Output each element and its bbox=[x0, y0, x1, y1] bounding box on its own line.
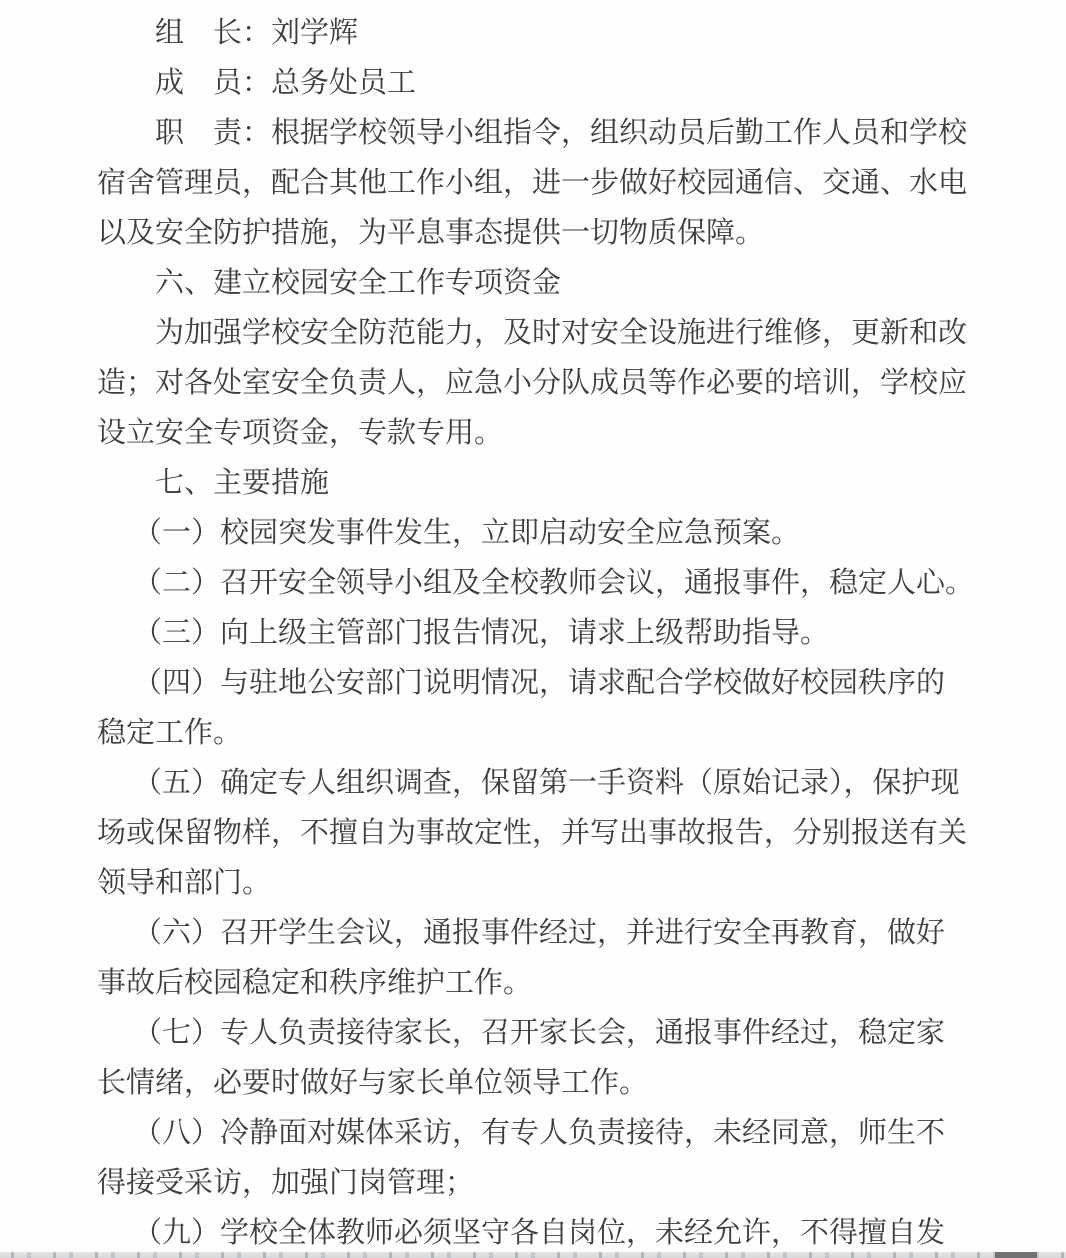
text-line-13: （三）向上级主管部门报告情况，请求上级帮助指导。 bbox=[97, 608, 997, 658]
document-page: 组 长：刘学辉成 员：总务处员工职 责：根据学校领导小组指令，组织动员后勤工作人… bbox=[0, 0, 1066, 1258]
text-line-10: 七、主要措施 bbox=[97, 458, 997, 508]
clipped-next-line-fragment-dark bbox=[995, 1252, 1037, 1258]
text-line-22: 长情绪，必要时做好与家长单位领导工作。 bbox=[97, 1058, 997, 1108]
text-line-25: （九）学校全体教师必须坚守各自岗位，未经允许，不得擅自发 bbox=[97, 1208, 997, 1258]
text-line-6: 六、建立校园安全工作专项资金 bbox=[97, 258, 997, 308]
text-line-7: 为加强学校安全防范能力，及时对安全设施进行维修，更新和改 bbox=[97, 308, 997, 358]
text-line-19: （六）召开学生会议，通报事件经过，并进行安全再教育，做好 bbox=[97, 908, 997, 958]
text-line-3: 职 责：根据学校领导小组指令，组织动员后勤工作人员和学校 bbox=[97, 108, 997, 158]
text-line-12: （二）召开安全领导小组及全校教师会议，通报事件，稳定人心。 bbox=[97, 558, 997, 608]
clipped-next-line-fragments bbox=[0, 1252, 1066, 1258]
text-line-17: 场或保留物样，不擅自为事故定性，并写出事故报告，分别报送有关 bbox=[97, 808, 997, 858]
text-line-4: 宿舍管理员，配合其他工作小组，进一步做好校园通信、交通、水电 bbox=[97, 158, 997, 208]
text-line-2: 成 员：总务处员工 bbox=[97, 58, 997, 108]
text-line-24: 得接受采访，加强门岗管理； bbox=[97, 1158, 997, 1208]
document-text: 组 长：刘学辉成 员：总务处员工职 责：根据学校领导小组指令，组织动员后勤工作人… bbox=[97, 8, 997, 1258]
text-line-21: （七）专人负责接待家长，召开家长会，通报事件经过，稳定家 bbox=[97, 1008, 997, 1058]
text-line-16: （五）确定专人组织调查，保留第一手资料（原始记录），保护现 bbox=[97, 758, 997, 808]
text-line-20: 事故后校园稳定和秩序维护工作。 bbox=[97, 958, 997, 1008]
text-line-14: （四）与驻地公安部门说明情况，请求配合学校做好校园秩序的 bbox=[97, 658, 997, 708]
text-line-11: （一）校园突发事件发生，立即启动安全应急预案。 bbox=[97, 508, 997, 558]
text-line-1: 组 长：刘学辉 bbox=[97, 8, 997, 58]
text-line-15: 稳定工作。 bbox=[97, 708, 997, 758]
text-line-18: 领导和部门。 bbox=[97, 858, 997, 908]
text-line-23: （八）冷静面对媒体采访，有专人负责接待，未经同意，师生不 bbox=[97, 1108, 997, 1158]
text-line-9: 设立安全专项资金，专款专用。 bbox=[97, 408, 997, 458]
text-line-5: 以及安全防护措施，为平息事态提供一切物质保障。 bbox=[97, 208, 997, 258]
text-line-8: 造；对各处室安全负责人，应急小分队成员等作必要的培训，学校应 bbox=[97, 358, 997, 408]
